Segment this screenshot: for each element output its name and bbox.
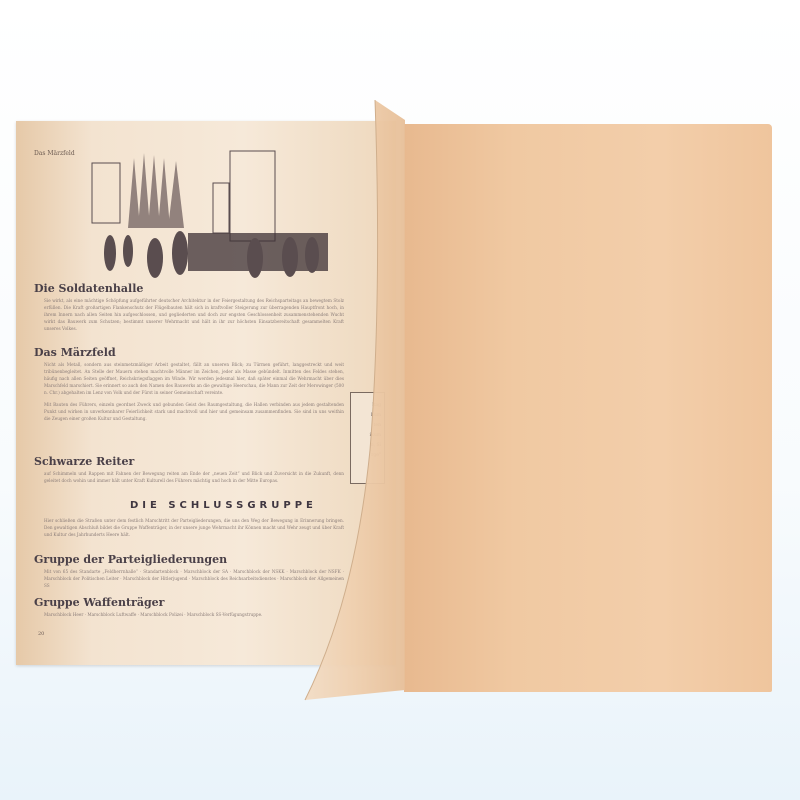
box-line: ikum — [351, 431, 381, 441]
page-number: 20 — [38, 631, 44, 637]
group-parteigliederungen: Gruppe der Parteigliederungen Mit von 65… — [34, 553, 344, 589]
group-body: Mit von 65 des Standarte „Feldherrnhalle… — [44, 568, 344, 589]
schlussgruppe-body: Hier schließen die Straßen unter dem fes… — [44, 517, 344, 538]
section-schwarze-reiter: Schwarze Reiter auf Schimmeln und Rappen… — [34, 455, 344, 484]
running-head: Das Märzfeld — [34, 150, 75, 157]
box-line: ten — [351, 421, 381, 431]
section-body: Sie wirkt, als eine mächtige Schöpfung a… — [44, 297, 344, 332]
schlussgruppe-text: Hier schließen die Straßen unter dem fes… — [34, 515, 344, 538]
schlussgruppe-title: DIE SCHLUSSGRUPPE — [130, 500, 317, 511]
box-line: hum — [351, 411, 381, 421]
section-heading: Das Märzfeld — [34, 346, 344, 359]
box-line: ltag — [351, 401, 381, 411]
box-line: n, Si — [351, 441, 381, 451]
group-body: Marschblock Heer · Marschblock Luftwaffe… — [44, 611, 344, 618]
side-box-note: ltag hum ten ikum n, Si rge" — [350, 392, 385, 484]
section-body: auf Schimmeln und Rappen mit Fahnen der … — [44, 470, 344, 484]
section-body-2: Mit Bauten des Führers, einzeln geordnet… — [44, 401, 344, 422]
group-heading: Gruppe der Parteigliederungen — [34, 553, 344, 566]
section-soldatenhalle: Die Soldatenhalle Sie wirkt, als eine mä… — [34, 282, 344, 332]
section-body: Nicht als Metall, sondern aus steinmetzm… — [44, 361, 344, 396]
group-waffentraeger: Gruppe Waffenträger Marschblock Heer · M… — [34, 596, 344, 618]
right-page-blank — [404, 124, 772, 692]
section-heading: Die Soldatenhalle — [34, 282, 344, 295]
box-line: rge" — [351, 451, 381, 461]
group-heading: Gruppe Waffenträger — [34, 596, 344, 609]
parade-illustration — [80, 133, 340, 283]
section-heading: Schwarze Reiter — [34, 455, 344, 468]
section-maerzfeld: Das Märzfeld Nicht als Metall, sondern a… — [34, 346, 344, 422]
